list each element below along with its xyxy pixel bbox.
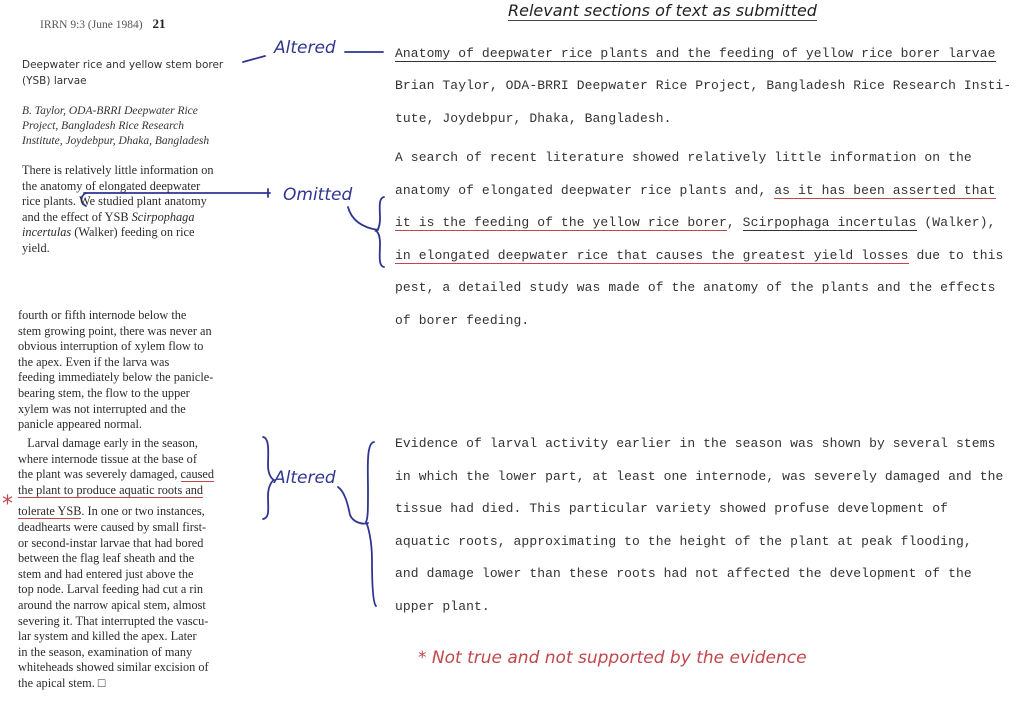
published-authors: B. Taylor, ODA-BRRI Deepwater Rice Proje… bbox=[22, 104, 209, 149]
annotation-omitted: Omitted bbox=[283, 185, 352, 205]
annotation-altered-paragraph: Altered bbox=[274, 468, 336, 488]
published-paragraph-3: Larval damage early in the season, where… bbox=[18, 436, 214, 692]
text-line: feeding immediately below the panicle- bbox=[18, 370, 213, 386]
text-line: between the flag leaf sheath and the bbox=[18, 551, 214, 567]
text-line: around the narrow apical stem, almost bbox=[18, 598, 214, 614]
text-fragment: (Walker) feeding on rice bbox=[71, 225, 194, 239]
text-line: yield. bbox=[22, 241, 214, 257]
page-number: 21 bbox=[153, 16, 166, 31]
red-underlined-claim: the plant to produce aquatic roots and bbox=[18, 483, 203, 498]
text-line: Brian Taylor, ODA-BRRI Deepwater Rice Pr… bbox=[395, 70, 1011, 103]
published-title: Deepwater rice and yellow stem borer (YS… bbox=[22, 57, 223, 89]
text-fragment: anatomy of elongated deepwater rice plan… bbox=[395, 183, 774, 198]
text-line: and the effect of YSB Scirpophaga bbox=[22, 210, 214, 226]
text-line: rice plants. We studied plant anatomy bbox=[22, 194, 214, 210]
brace-altered-left bbox=[263, 437, 274, 519]
text-line: pest, a detailed study was made of the a… bbox=[395, 272, 1003, 305]
text-fragment: rice plants. bbox=[22, 194, 76, 208]
text-line: the plant was severely damaged, caused bbox=[18, 467, 214, 483]
text-fragment: We studied plant anatomy bbox=[79, 194, 207, 208]
text-line: in the season, examination of many bbox=[18, 645, 214, 661]
submitted-title: Anatomy of deepwater rice plants and the… bbox=[395, 38, 996, 71]
red-underlined-omitted: in elongated deepwater rice that causes … bbox=[395, 248, 909, 264]
text-line: or second-instar larvae that had bored bbox=[18, 536, 214, 552]
submitted-authors: Brian Taylor, ODA-BRRI Deepwater Rice Pr… bbox=[395, 70, 1011, 135]
text-fragment: the plant was severely damaged, bbox=[18, 467, 181, 481]
annotation-altered-title: Altered bbox=[274, 38, 336, 58]
text-fragment: , bbox=[727, 215, 743, 230]
text-line: panicle appeared normal. bbox=[18, 417, 213, 433]
text-line: tolerate YSB. In one or two instances, bbox=[18, 504, 214, 520]
text-line: aquatic roots, approximating to the heig… bbox=[395, 526, 1003, 559]
published-author-line: Project, Bangladesh Rice Research bbox=[22, 119, 209, 134]
text-line: whiteheads showed similar excision of bbox=[18, 660, 214, 676]
text-line: and damage lower than these roots had no… bbox=[395, 558, 1003, 591]
text-line: lar system and killed the apex. Later bbox=[18, 629, 214, 645]
comparison-heading: Relevant sections of text as submitted bbox=[508, 1, 817, 21]
published-title-line: (YSB) larvae bbox=[22, 73, 223, 89]
altered-connector-left bbox=[243, 56, 265, 62]
asterisk-icon: * bbox=[2, 492, 13, 517]
text-line: where internode tissue at the base of bbox=[18, 452, 214, 468]
species-name: incertulas bbox=[22, 225, 71, 239]
published-title-line: Deepwater rice and yellow stem borer bbox=[22, 57, 223, 73]
text-line: upper plant. bbox=[395, 591, 1003, 624]
brace-omitted bbox=[376, 197, 384, 267]
submitted-paragraph-1: A search of recent literature showed rel… bbox=[395, 142, 1003, 337]
annotation-note: * Not true and not supported by the evid… bbox=[418, 648, 807, 668]
text-line: top node. Larval feeding had cut a rin bbox=[18, 582, 214, 598]
text-line: the apex. Even if the larva was bbox=[18, 355, 213, 371]
text-line: There is relatively little information o… bbox=[22, 163, 214, 179]
red-underlined-omitted: it is the feeding of the yellow rice bor… bbox=[395, 215, 727, 231]
text-line: of borer feeding. bbox=[395, 305, 1003, 338]
text-line: in which the lower part, at least one in… bbox=[395, 461, 1003, 494]
published-author-line: Institute, Joydebpur, Dhaka, Bangladesh bbox=[22, 134, 209, 149]
text-line: tissue had died. This particular variety… bbox=[395, 493, 1003, 526]
text-line: bearing stem, the flow to the upper bbox=[18, 386, 213, 402]
text-line: stem growing point, there was never an bbox=[18, 324, 213, 340]
submitted-title-text: Anatomy of deepwater rice plants and the… bbox=[395, 46, 996, 62]
text-line: it is the feeding of the yellow rice bor… bbox=[395, 207, 1003, 240]
text-line: tute, Joydebpur, Dhaka, Bangladesh. bbox=[395, 103, 1011, 136]
text-line: Evidence of larval activity earlier in t… bbox=[395, 428, 1003, 461]
brace-altered-right bbox=[366, 442, 376, 606]
submitted-paragraph-2: Evidence of larval activity earlier in t… bbox=[395, 428, 1003, 623]
red-underlined-claim: tolerate YSB bbox=[18, 504, 81, 519]
red-underlined-claim: caused bbox=[181, 467, 214, 482]
red-underlined-omitted: as it has been asserted that bbox=[774, 183, 995, 199]
altered-tail bbox=[338, 487, 368, 524]
text-fragment: . In one or two instances, bbox=[81, 504, 204, 518]
text-line: Larval damage early in the season, bbox=[18, 436, 214, 452]
text-line: the anatomy of elongated deepwater bbox=[22, 179, 214, 195]
text-line: in elongated deepwater rice that causes … bbox=[395, 240, 1003, 273]
text-line: anatomy of elongated deepwater rice plan… bbox=[395, 175, 1003, 208]
species-name: Scirpophaga incertulas bbox=[743, 215, 917, 231]
published-author-line: B. Taylor, ODA-BRRI Deepwater Rice bbox=[22, 104, 209, 119]
text-line: fourth or fifth internode below the bbox=[18, 308, 213, 324]
text-line: deadhearts were caused by small first- bbox=[18, 520, 214, 536]
text-line: A search of recent literature showed rel… bbox=[395, 142, 1003, 175]
journal-citation: IRRN 9:3 (June 1984)21 bbox=[40, 16, 166, 32]
journal-name: IRRN 9:3 (June 1984) bbox=[40, 19, 143, 31]
text-line: the apical stem. □ bbox=[18, 676, 214, 692]
published-paragraph-1: There is relatively little information o… bbox=[22, 163, 214, 257]
text-fragment: and the effect of YSB bbox=[22, 210, 132, 224]
species-name: Scirpophaga bbox=[132, 210, 195, 224]
text-fragment: (Walker), bbox=[917, 215, 996, 230]
published-paragraph-2: fourth or fifth internode below the stem… bbox=[18, 308, 213, 433]
text-line: incertulas (Walker) feeding on rice bbox=[22, 225, 214, 241]
omitted-tail bbox=[348, 207, 378, 230]
text-fragment: due to this bbox=[909, 248, 1004, 263]
text-line: stem and had entered just above the bbox=[18, 567, 214, 583]
text-line: obvious interruption of xylem flow to bbox=[18, 339, 213, 355]
text-line: the plant to produce aquatic roots and bbox=[18, 483, 214, 499]
text-line: severing it. That interrupted the vascu- bbox=[18, 614, 214, 630]
text-line: xylem was not interrupted and the bbox=[18, 402, 213, 418]
